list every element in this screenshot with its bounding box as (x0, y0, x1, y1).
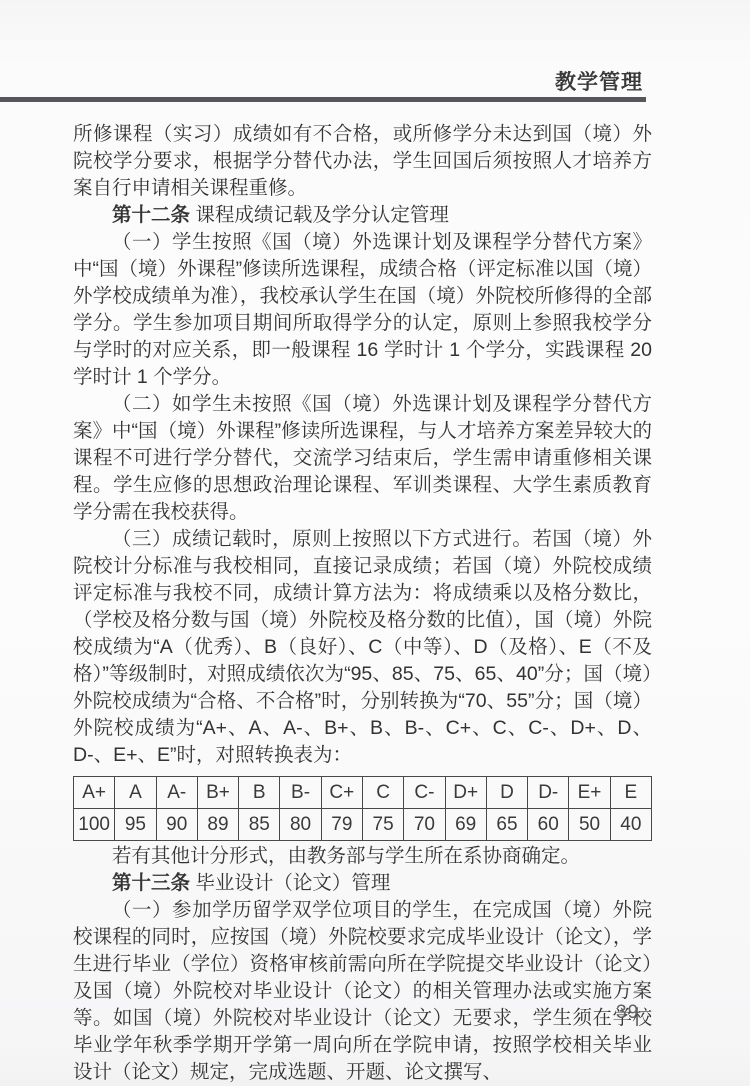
table-cell: 90 (156, 809, 197, 841)
table-cell: 95 (115, 809, 156, 841)
table-cell: 40 (610, 809, 651, 841)
section-heading-article-12: 第十二条 课程成绩记载及学分认定管理 (73, 202, 652, 229)
header-rule (0, 97, 646, 102)
table-cell: C+ (321, 777, 362, 809)
document-page: 教学管理 所修课程（实习）成绩如有不合格，或所修学分未达到国（境）外院校学分要求… (0, 0, 750, 1086)
table-cell: B+ (197, 777, 238, 809)
grade-conversion-table: A+AA-B+BB-C+CC-D+DD-E+E10095908985807975… (73, 776, 652, 841)
table-cell: E (610, 777, 651, 809)
page-header-title: 教学管理 (555, 66, 643, 96)
table-cell: D (486, 777, 527, 809)
heading-bold-text: 第十三条 (112, 872, 190, 894)
paragraph-item-1: （一）学生按照《国（境）外选课计划及课程学分替代方案》中“国（境）外课程”修读所… (73, 229, 652, 391)
table-cell: B- (280, 777, 321, 809)
table-cell: 50 (569, 809, 610, 841)
section-heading-article-13: 第十三条 毕业设计（论文）管理 (73, 870, 652, 897)
heading-bold-text: 第十二条 (112, 204, 190, 226)
table-cell: 89 (197, 809, 238, 841)
paragraph-text: （一）参加学历留学双学位项目的学生，在完成国（境）外院校课程的同时，应按国（境）… (73, 899, 652, 1083)
paragraph-item-1-article-13: （一）参加学历留学双学位项目的学生，在完成国（境）外院校课程的同时，应按国（境）… (73, 897, 652, 1086)
table-cell: 100 (74, 809, 115, 841)
page-number: 39 (616, 1002, 639, 1024)
table-cell: 60 (528, 809, 569, 841)
document-body: 所修课程（实习）成绩如有不合格，或所修学分未达到国（境）外院校学分要求，根据学分… (73, 121, 652, 1086)
table-value-row: 10095908985807975706965605040 (74, 809, 652, 841)
table-cell: A+ (74, 777, 115, 809)
paragraph-text: 毕业设计（论文）管理 (190, 872, 390, 894)
table-cell: 85 (239, 809, 280, 841)
paragraph-text: （三）成绩记载时，原则上按照以下方式进行。若国（境）外院校计分标准与我校相同，直… (73, 528, 652, 766)
table-cell: A (115, 777, 156, 809)
paragraph-item-2: （二）如学生未按照《国（境）外选课计划及课程学分替代方案》中“国（境）外课程”修… (73, 391, 652, 526)
table-cell: 65 (486, 809, 527, 841)
paragraph-continuation: 所修课程（实习）成绩如有不合格，或所修学分未达到国（境）外院校学分要求，根据学分… (73, 121, 652, 202)
table-cell: 80 (280, 809, 321, 841)
table-cell: E+ (569, 777, 610, 809)
paragraph-text: （二）如学生未按照《国（境）外选课计划及课程学分替代方案》中“国（境）外课程”修… (73, 393, 652, 523)
table-cell: D+ (445, 777, 486, 809)
table-cell: C (362, 777, 403, 809)
table-cell: A- (156, 777, 197, 809)
table-cell: 69 (445, 809, 486, 841)
paragraph-text: 课程成绩记载及学分认定管理 (190, 204, 449, 226)
table-cell: 75 (362, 809, 403, 841)
paragraph-item-3: （三）成绩记载时，原则上按照以下方式进行。若国（境）外院校计分标准与我校相同，直… (73, 526, 652, 769)
table-cell: C- (404, 777, 445, 809)
table-header-row: A+AA-B+BB-C+CC-D+DD-E+E (74, 777, 652, 809)
table-cell: 79 (321, 809, 362, 841)
table-cell: B (239, 777, 280, 809)
paragraph-text: 所修课程（实习）成绩如有不合格，或所修学分未达到国（境）外院校学分要求，根据学分… (73, 123, 652, 199)
table-cell: D- (528, 777, 569, 809)
table-cell: 70 (404, 809, 445, 841)
paragraph-text: （一）学生按照《国（境）外选课计划及课程学分替代方案》中“国（境）外课程”修读所… (73, 231, 652, 388)
paragraph-text: 若有其他计分形式，由教务部与学生所在系协商确定。 (112, 845, 580, 867)
paragraph-after-table: 若有其他计分形式，由教务部与学生所在系协商确定。 (73, 843, 652, 870)
